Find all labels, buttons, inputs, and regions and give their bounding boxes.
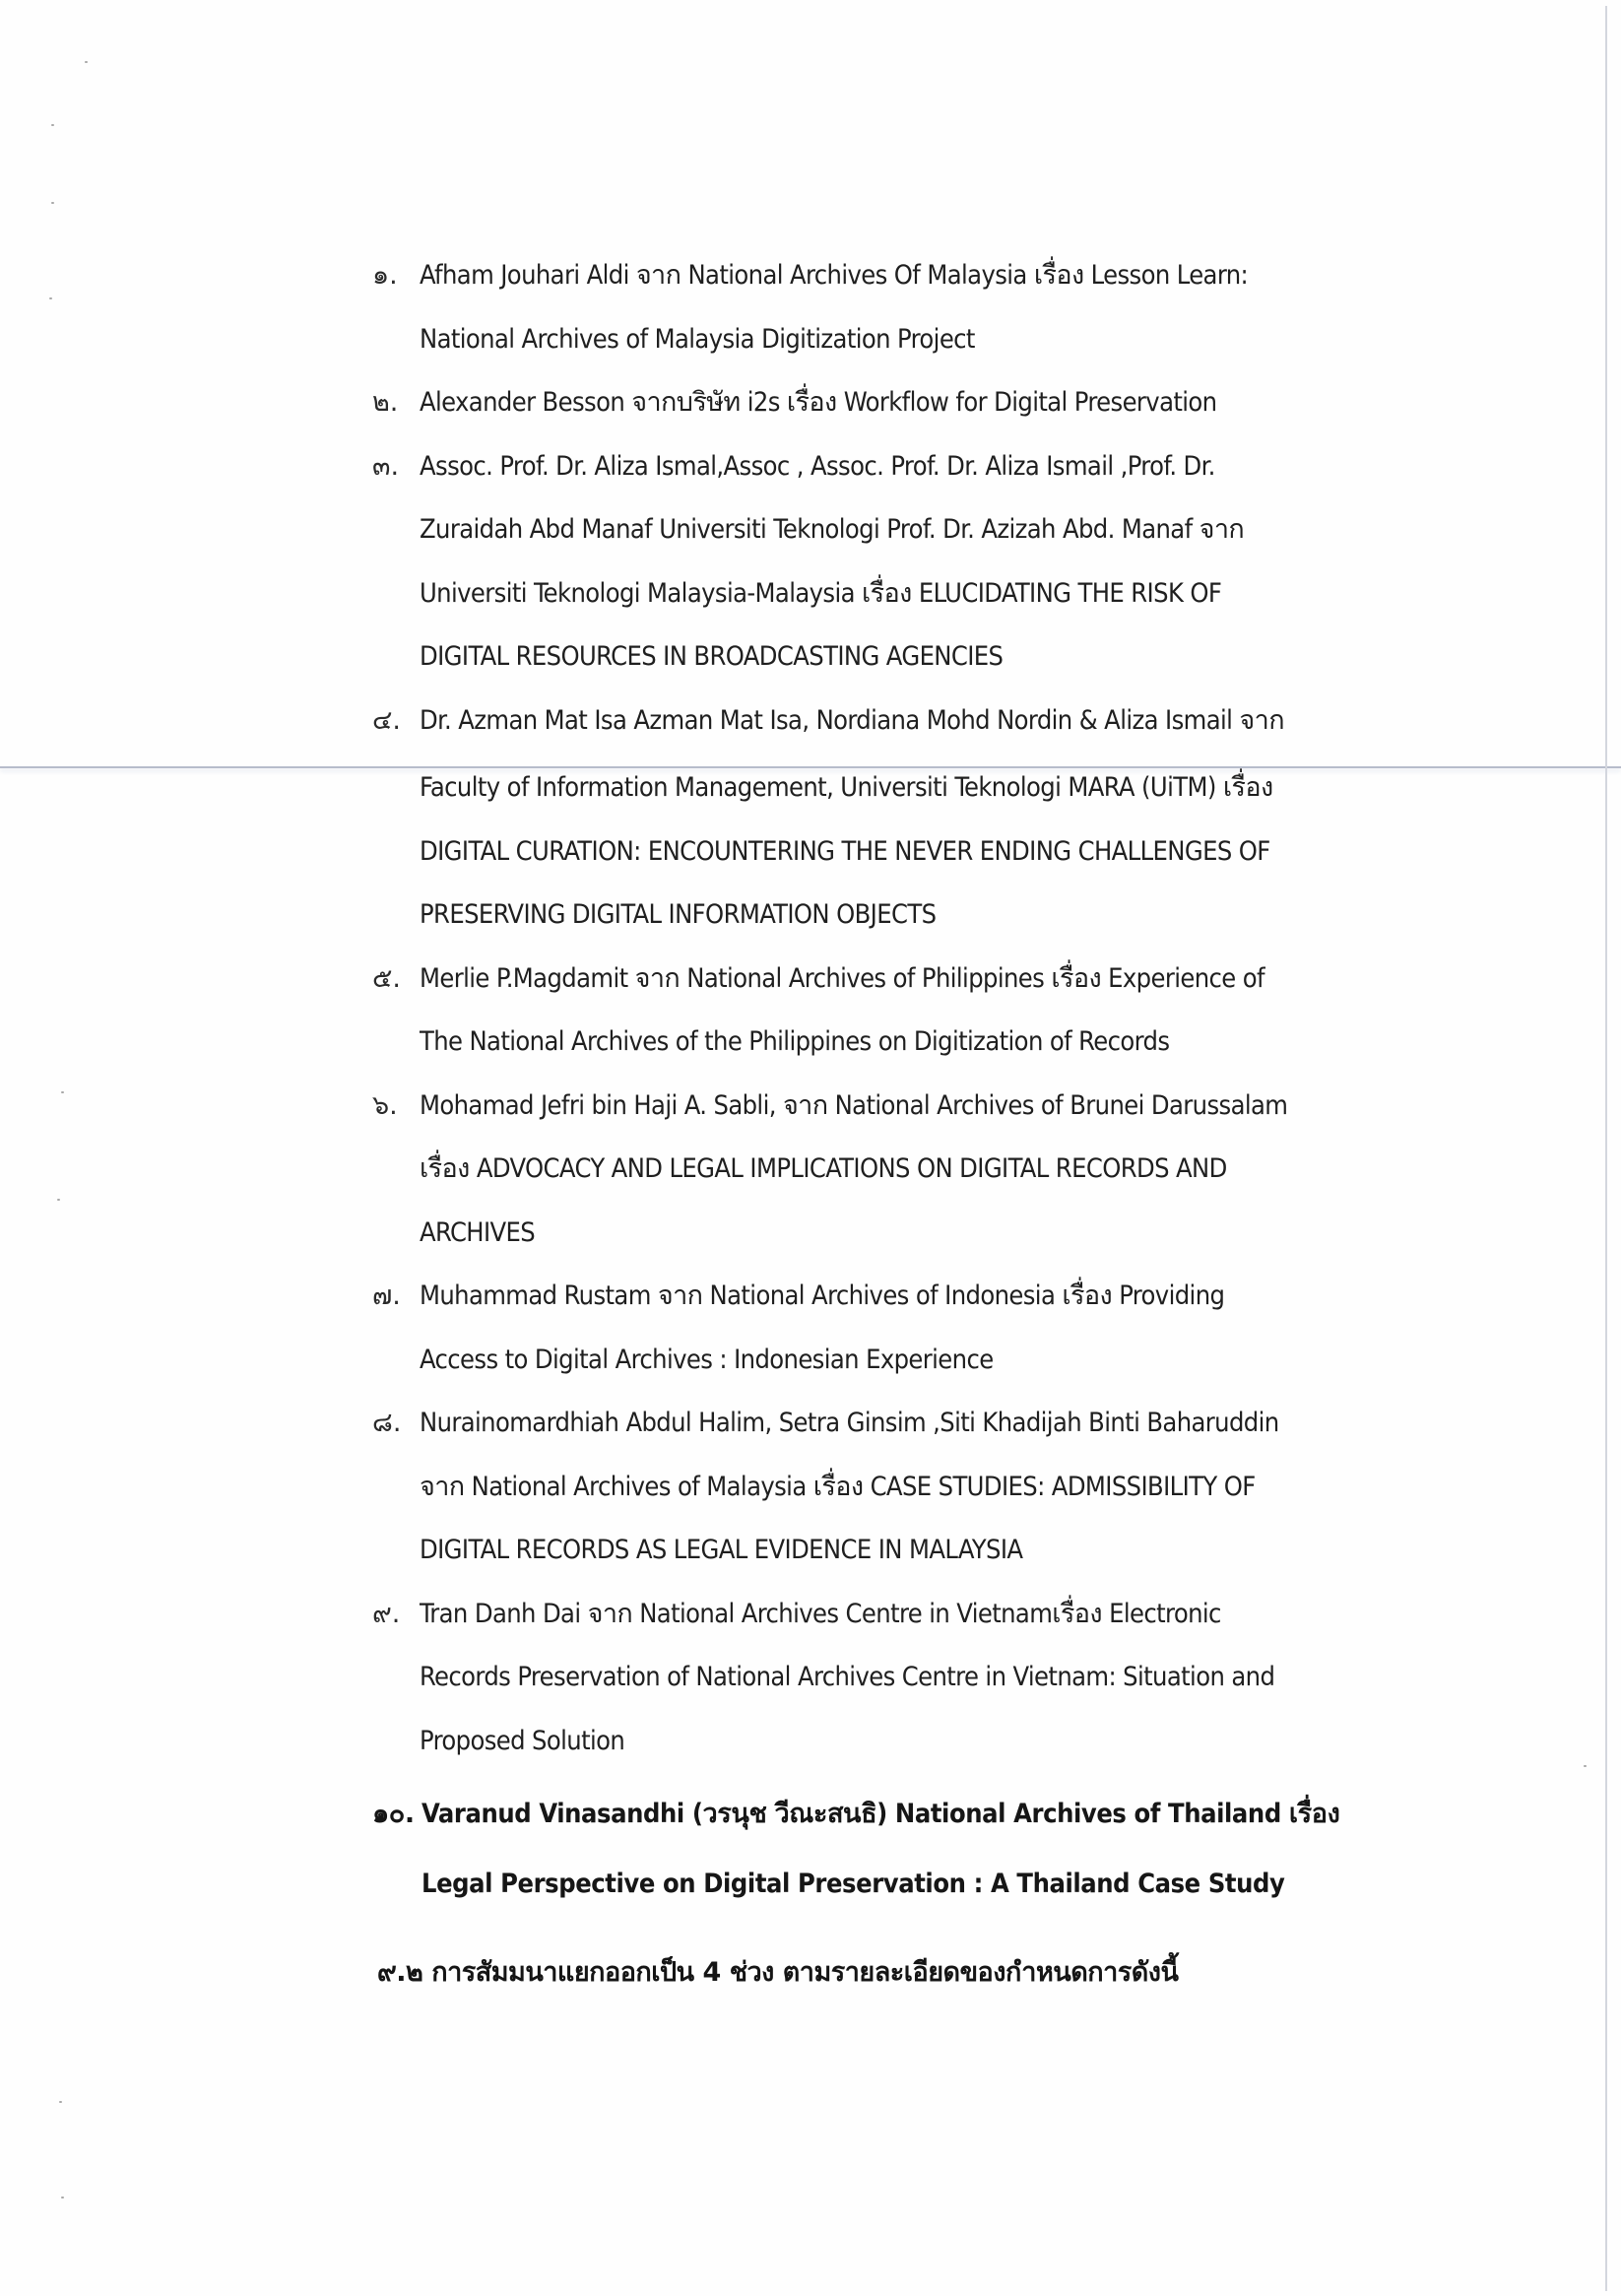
item-number: ๕. [372,948,401,1011]
item-text-line: Faculty of Information Management, Unive… [420,756,1396,820]
page-edge-line [1605,6,1607,2291]
item-text-line: Proposed Solution [420,1710,1396,1774]
list-item: ๖. Mohamad Jefri bin Haji A. Sabli, จาก … [372,1075,1396,1266]
item-number: ๔. [372,689,401,753]
list-item: ๓. Assoc. Prof. Dr. Aliza Ismal,Assoc , … [372,435,1396,689]
item-number: ๑๐. [372,1779,415,1849]
section-heading: ๙.๒ การสัมมนาแยกออกเป็น 4 ช่วง ตามรายละเ… [377,1950,1178,1993]
scan-speck [85,61,88,63]
list-item: ๘. Nurainomardhiah Abdul Halim, Setra Gi… [372,1392,1396,1583]
list-item: ๕. Merlie P.Magdamit จาก National Archiv… [372,948,1396,1075]
item-text-line: DIGITAL CURATION: ENCOUNTERING THE NEVER… [420,820,1396,885]
item-number: ๖. [372,1075,398,1138]
item-text-line: Zuraidah Abd Manaf Universiti Teknologi … [420,498,1396,562]
list-item: ๑. Afham Jouhari Aldi จาก National Archi… [372,244,1396,371]
scan-speck [61,2197,64,2198]
item-number: ๗. [372,1265,401,1328]
scan-speck [61,1091,64,1093]
scan-speck [51,124,54,126]
scan-speck [59,2101,62,2103]
item-text-line: Alexander Besson จากบริษัท i2s เรื่อง Wo… [420,371,1396,435]
scan-speck [1584,1765,1587,1767]
item-text-line: Muhammad Rustam จาก National Archives of… [420,1265,1396,1329]
item-text-line: Dr. Azman Mat Isa Azman Mat Isa, Nordian… [420,689,1396,754]
item-text-line: National Archives of Malaysia Digitizati… [420,308,1396,372]
item-text-line: ARCHIVES [420,1202,1396,1266]
item-number: ๙. [372,1583,400,1646]
item-text-line: Records Preservation of National Archive… [420,1646,1396,1710]
list-item-highlighted: ๑๐. Varanud Vinasandhi (วรนุช วีณะสนธิ) … [372,1779,1396,1919]
item-text-line: The National Archives of the Philippines… [420,1011,1396,1075]
item-text-line: Tran Danh Dai จาก National Archives Cent… [420,1583,1396,1647]
item-number: ๘. [372,1392,401,1455]
scan-speck [49,297,52,299]
item-text-line: Universiti Teknologi Malaysia-Malaysia เ… [420,562,1396,626]
item-number: ๓. [372,435,399,498]
item-text-line: Nurainomardhiah Abdul Halim, Setra Ginsi… [420,1392,1396,1456]
list-item: ๙. Tran Danh Dai จาก National Archives C… [372,1583,1396,1774]
item-number: ๑. [372,244,398,307]
list-item: ๒. Alexander Besson จากบริษัท i2s เรื่อง… [372,371,1396,435]
item-text-line: Access to Digital Archives : Indonesian … [420,1329,1396,1393]
item-number: ๒. [372,371,398,434]
presenter-list: ๑. Afham Jouhari Aldi จาก National Archi… [372,244,1396,1919]
item-text-line: Assoc. Prof. Dr. Aliza Ismal,Assoc , Ass… [420,435,1396,499]
item-text-line: PRESERVING DIGITAL INFORMATION OBJECTS [420,884,1396,948]
item-text-line: DIGITAL RESOURCES IN BROADCASTING AGENCI… [420,625,1396,689]
item-text-line: Afham Jouhari Aldi จาก National Archives… [420,244,1396,308]
item-text-line: Varanud Vinasandhi (วรนุช วีณะสนธิ) Nati… [421,1779,1396,1849]
scan-speck [57,1199,60,1201]
item-text-line: จาก National Archives of Malaysia เรื่อง… [420,1456,1396,1520]
item-text-line: Mohamad Jefri bin Haji A. Sabli, จาก Nat… [420,1075,1396,1139]
item-text-line: เรื่อง ADVOCACY AND LEGAL IMPLICATIONS O… [420,1138,1396,1202]
item-text-line: Merlie P.Magdamit จาก National Archives … [420,948,1396,1012]
scan-speck [51,202,54,204]
item-text-line: Legal Perspective on Digital Preservatio… [421,1849,1396,1919]
scanned-page: ๑. Afham Jouhari Aldi จาก National Archi… [0,0,1621,2296]
list-item: ๗. Muhammad Rustam จาก National Archives… [372,1265,1396,1392]
item-text-line: DIGITAL RECORDS AS LEGAL EVIDENCE IN MAL… [420,1519,1396,1583]
list-item: ๔. Dr. Azman Mat Isa Azman Mat Isa, Nord… [372,689,1396,948]
